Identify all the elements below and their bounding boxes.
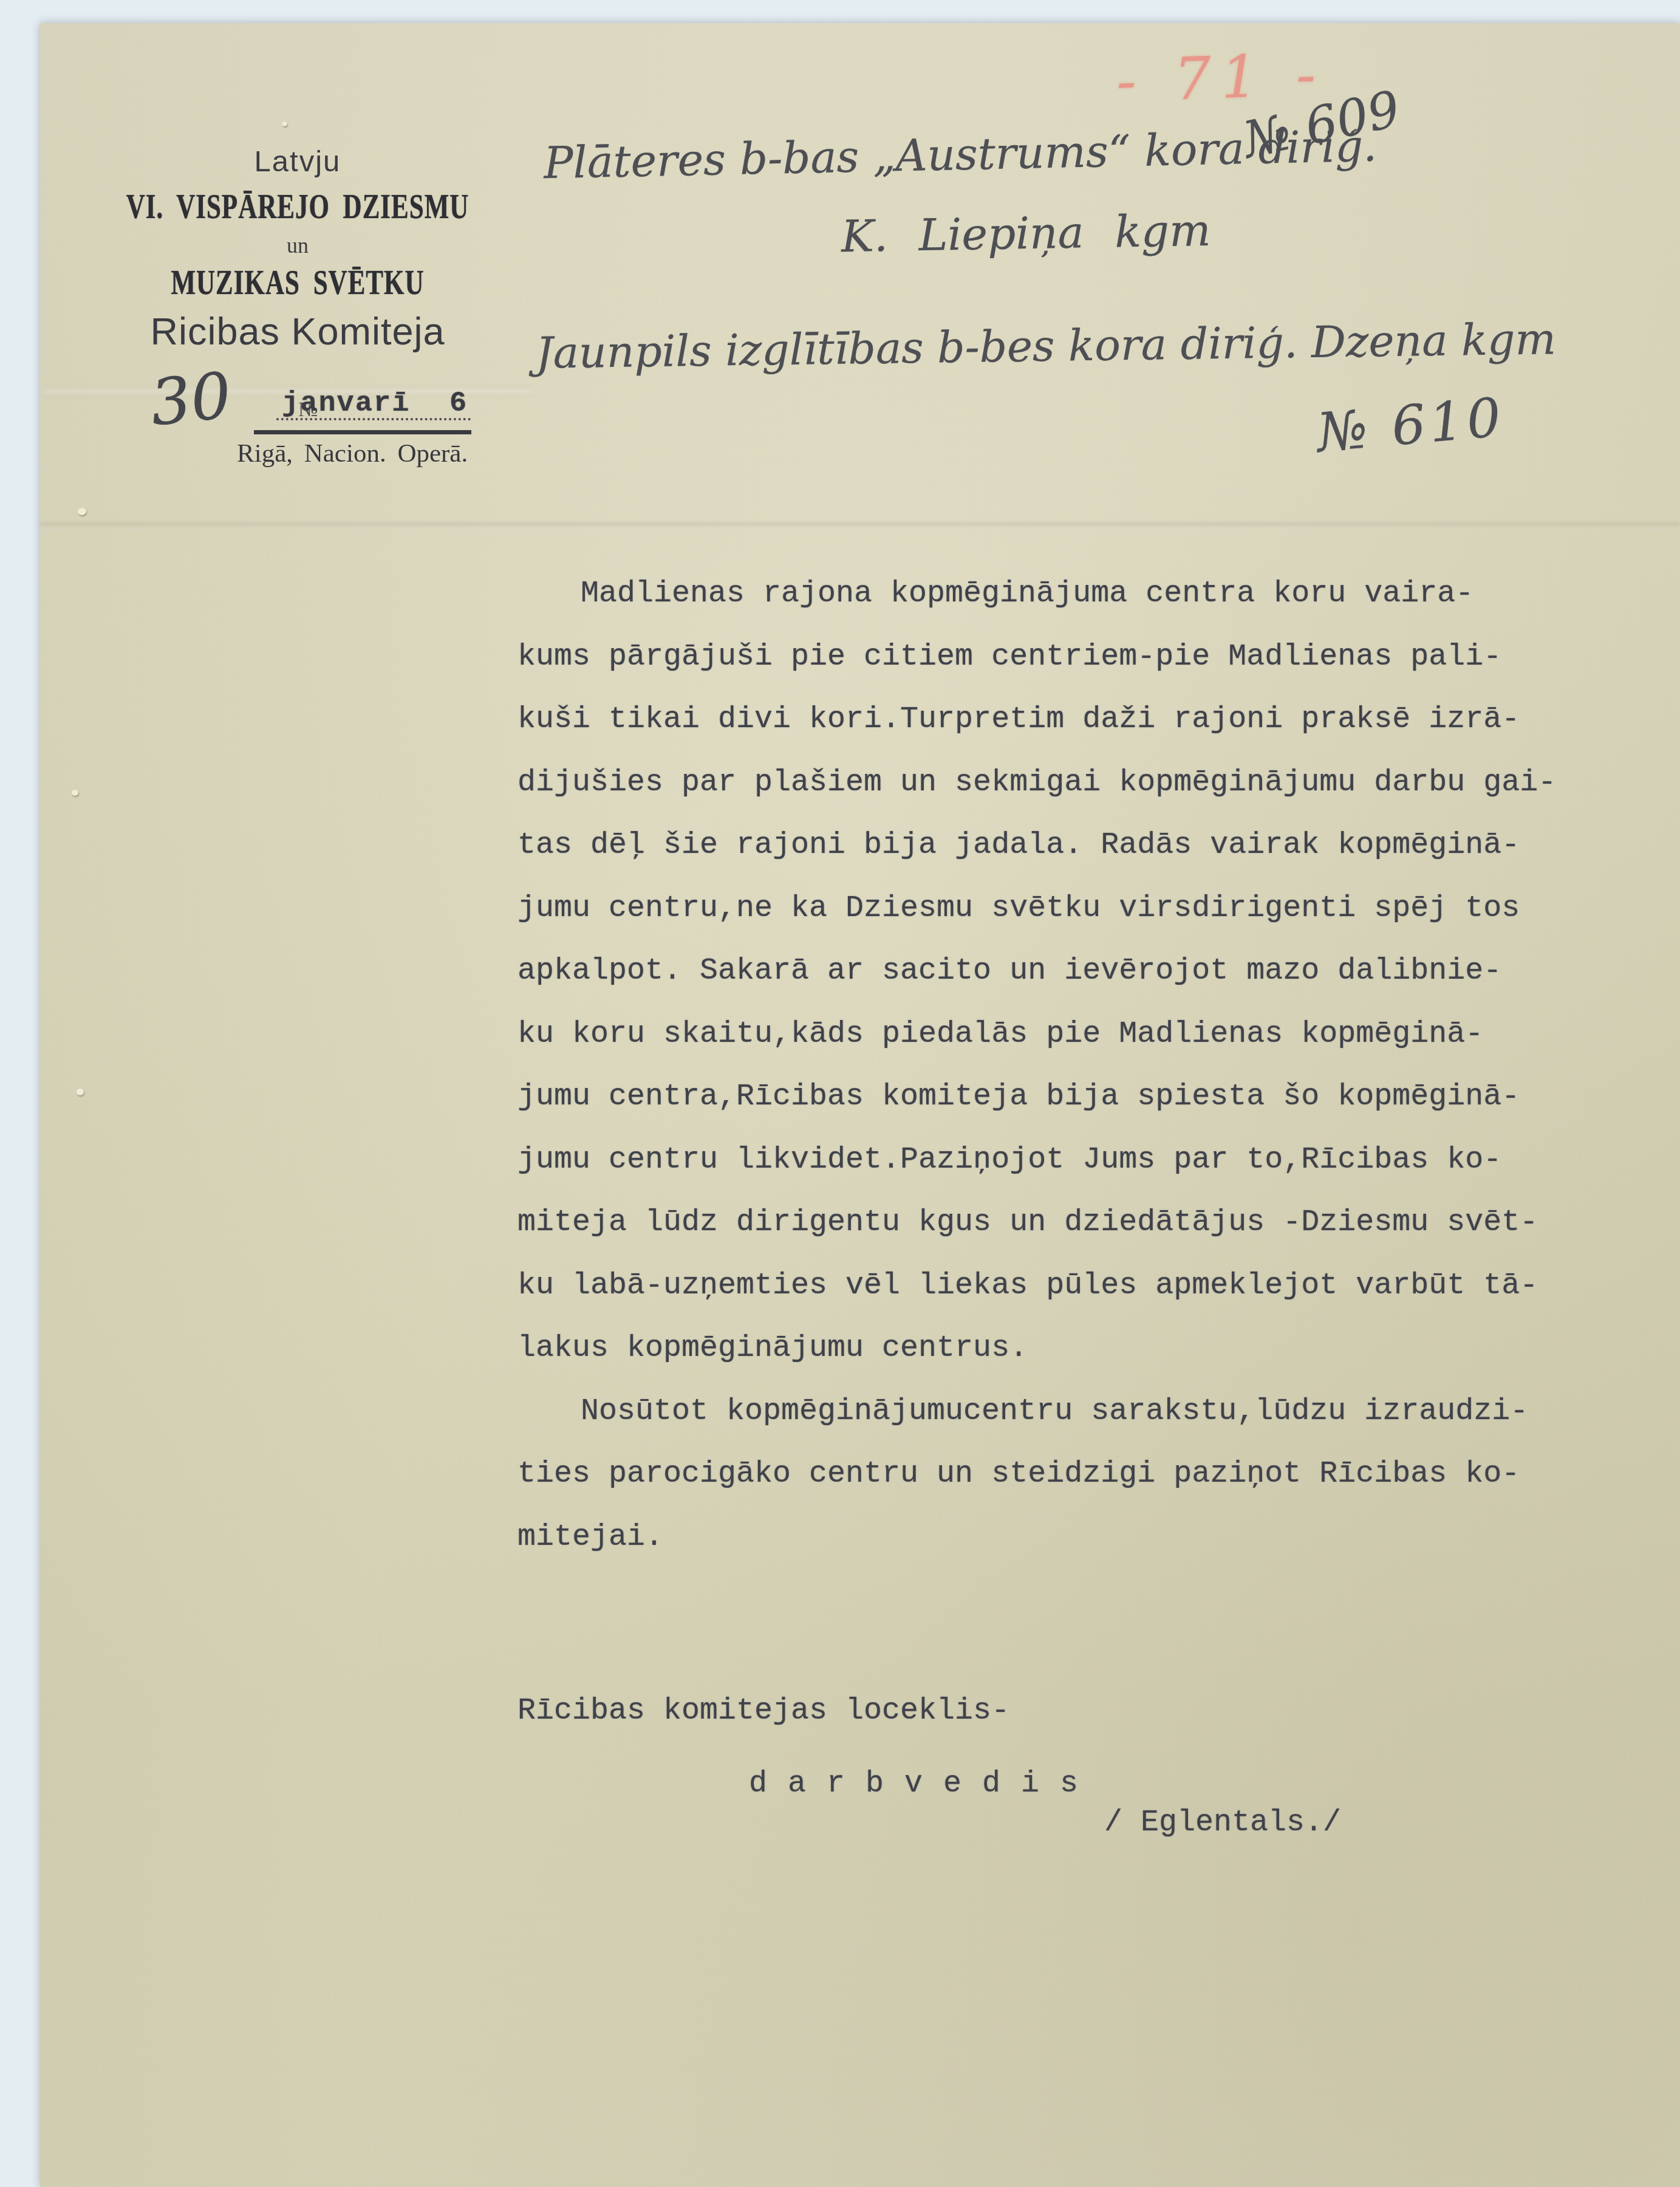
- body-line: ties parocigāko centru un steidzigi pazi…: [517, 1443, 1556, 1506]
- body-line: tas dēļ šie rajoni bija jadala. Radās va…: [517, 814, 1556, 877]
- paper-crease: [40, 522, 1680, 530]
- body-line: apkalpot. Sakarā ar sacito un ievērojot …: [517, 940, 1556, 1003]
- paper-speck: [282, 122, 287, 126]
- signature-name-line: / Eglentals./: [1104, 1805, 1341, 1840]
- paper-speck: [77, 1089, 84, 1095]
- letterhead-org-line1: Latvju: [121, 145, 474, 179]
- handwritten-date-day: 30: [147, 358, 234, 440]
- letterhead-rule: [254, 430, 471, 434]
- body-line: miteja lūdz dirigentu kgus un dziedātāju…: [517, 1191, 1556, 1254]
- typed-date-year: 6: [449, 388, 466, 420]
- letterhead-org-line2: VI. VISPĀREJO DZIESMU: [121, 187, 474, 227]
- paper-speck: [78, 508, 86, 515]
- body-line: mitejai.: [517, 1506, 1556, 1569]
- letterhead-place-line: Rigā, Nacion. Operā.: [237, 439, 468, 468]
- body-line: jumu centru likvidet.Paziņojot Jums par …: [517, 1129, 1556, 1192]
- letterhead-org-line3: un: [121, 233, 474, 258]
- body-line: ku koru skaitu,kāds piedalās pie Madlien…: [517, 1003, 1556, 1066]
- body-line: dijušies par plašiem un sekmigai kopmēgi…: [517, 751, 1556, 815]
- letterhead-org-line5: Ricibas Komiteja: [121, 310, 474, 354]
- letterhead-org-line4: MUZIKAS SVĒTKU: [121, 262, 474, 303]
- signature-title-line: d a r b v e d i s: [749, 1767, 1079, 1801]
- letterhead: Latvju VI. VISPĀREJO DZIESMU un MUZIKAS …: [121, 145, 474, 354]
- body-line: jumu centru,ne ka Dziesmu svētku virsdir…: [517, 877, 1556, 940]
- typed-date-month: janvarī: [282, 388, 410, 420]
- scanned-letter: - 71 - Latvju VI. VISPĀREJO DZIESMU un M…: [0, 0, 1680, 2187]
- body-line: Madlienas rajona kopmēginājuma centra ko…: [517, 563, 1556, 626]
- body-line: kums pārgājuši pie citiem centriem-pie M…: [517, 626, 1556, 689]
- body-line: kuši tikai divi kori.Turpretim daži rajo…: [517, 688, 1556, 751]
- body-line: jumu centra,Rīcibas komiteja bija spiest…: [517, 1066, 1556, 1129]
- paper-speck: [72, 790, 78, 796]
- handwritten-recipient-1-name: K. Liepiņa kgm: [841, 205, 1211, 262]
- signature-role-line: Rīcibas komitejas loceklis-: [517, 1694, 1009, 1728]
- body-line: ku labā-uzņemties vēl liekas pūles apmek…: [517, 1254, 1556, 1318]
- letter-body: Madlienas rajona kopmēginājuma centra ko…: [517, 563, 1556, 1569]
- body-line: lakus kopmēginājumu centrus.: [517, 1317, 1556, 1380]
- body-line: Nosūtot kopmēginājumucentru sarakstu,lūd…: [517, 1380, 1556, 1443]
